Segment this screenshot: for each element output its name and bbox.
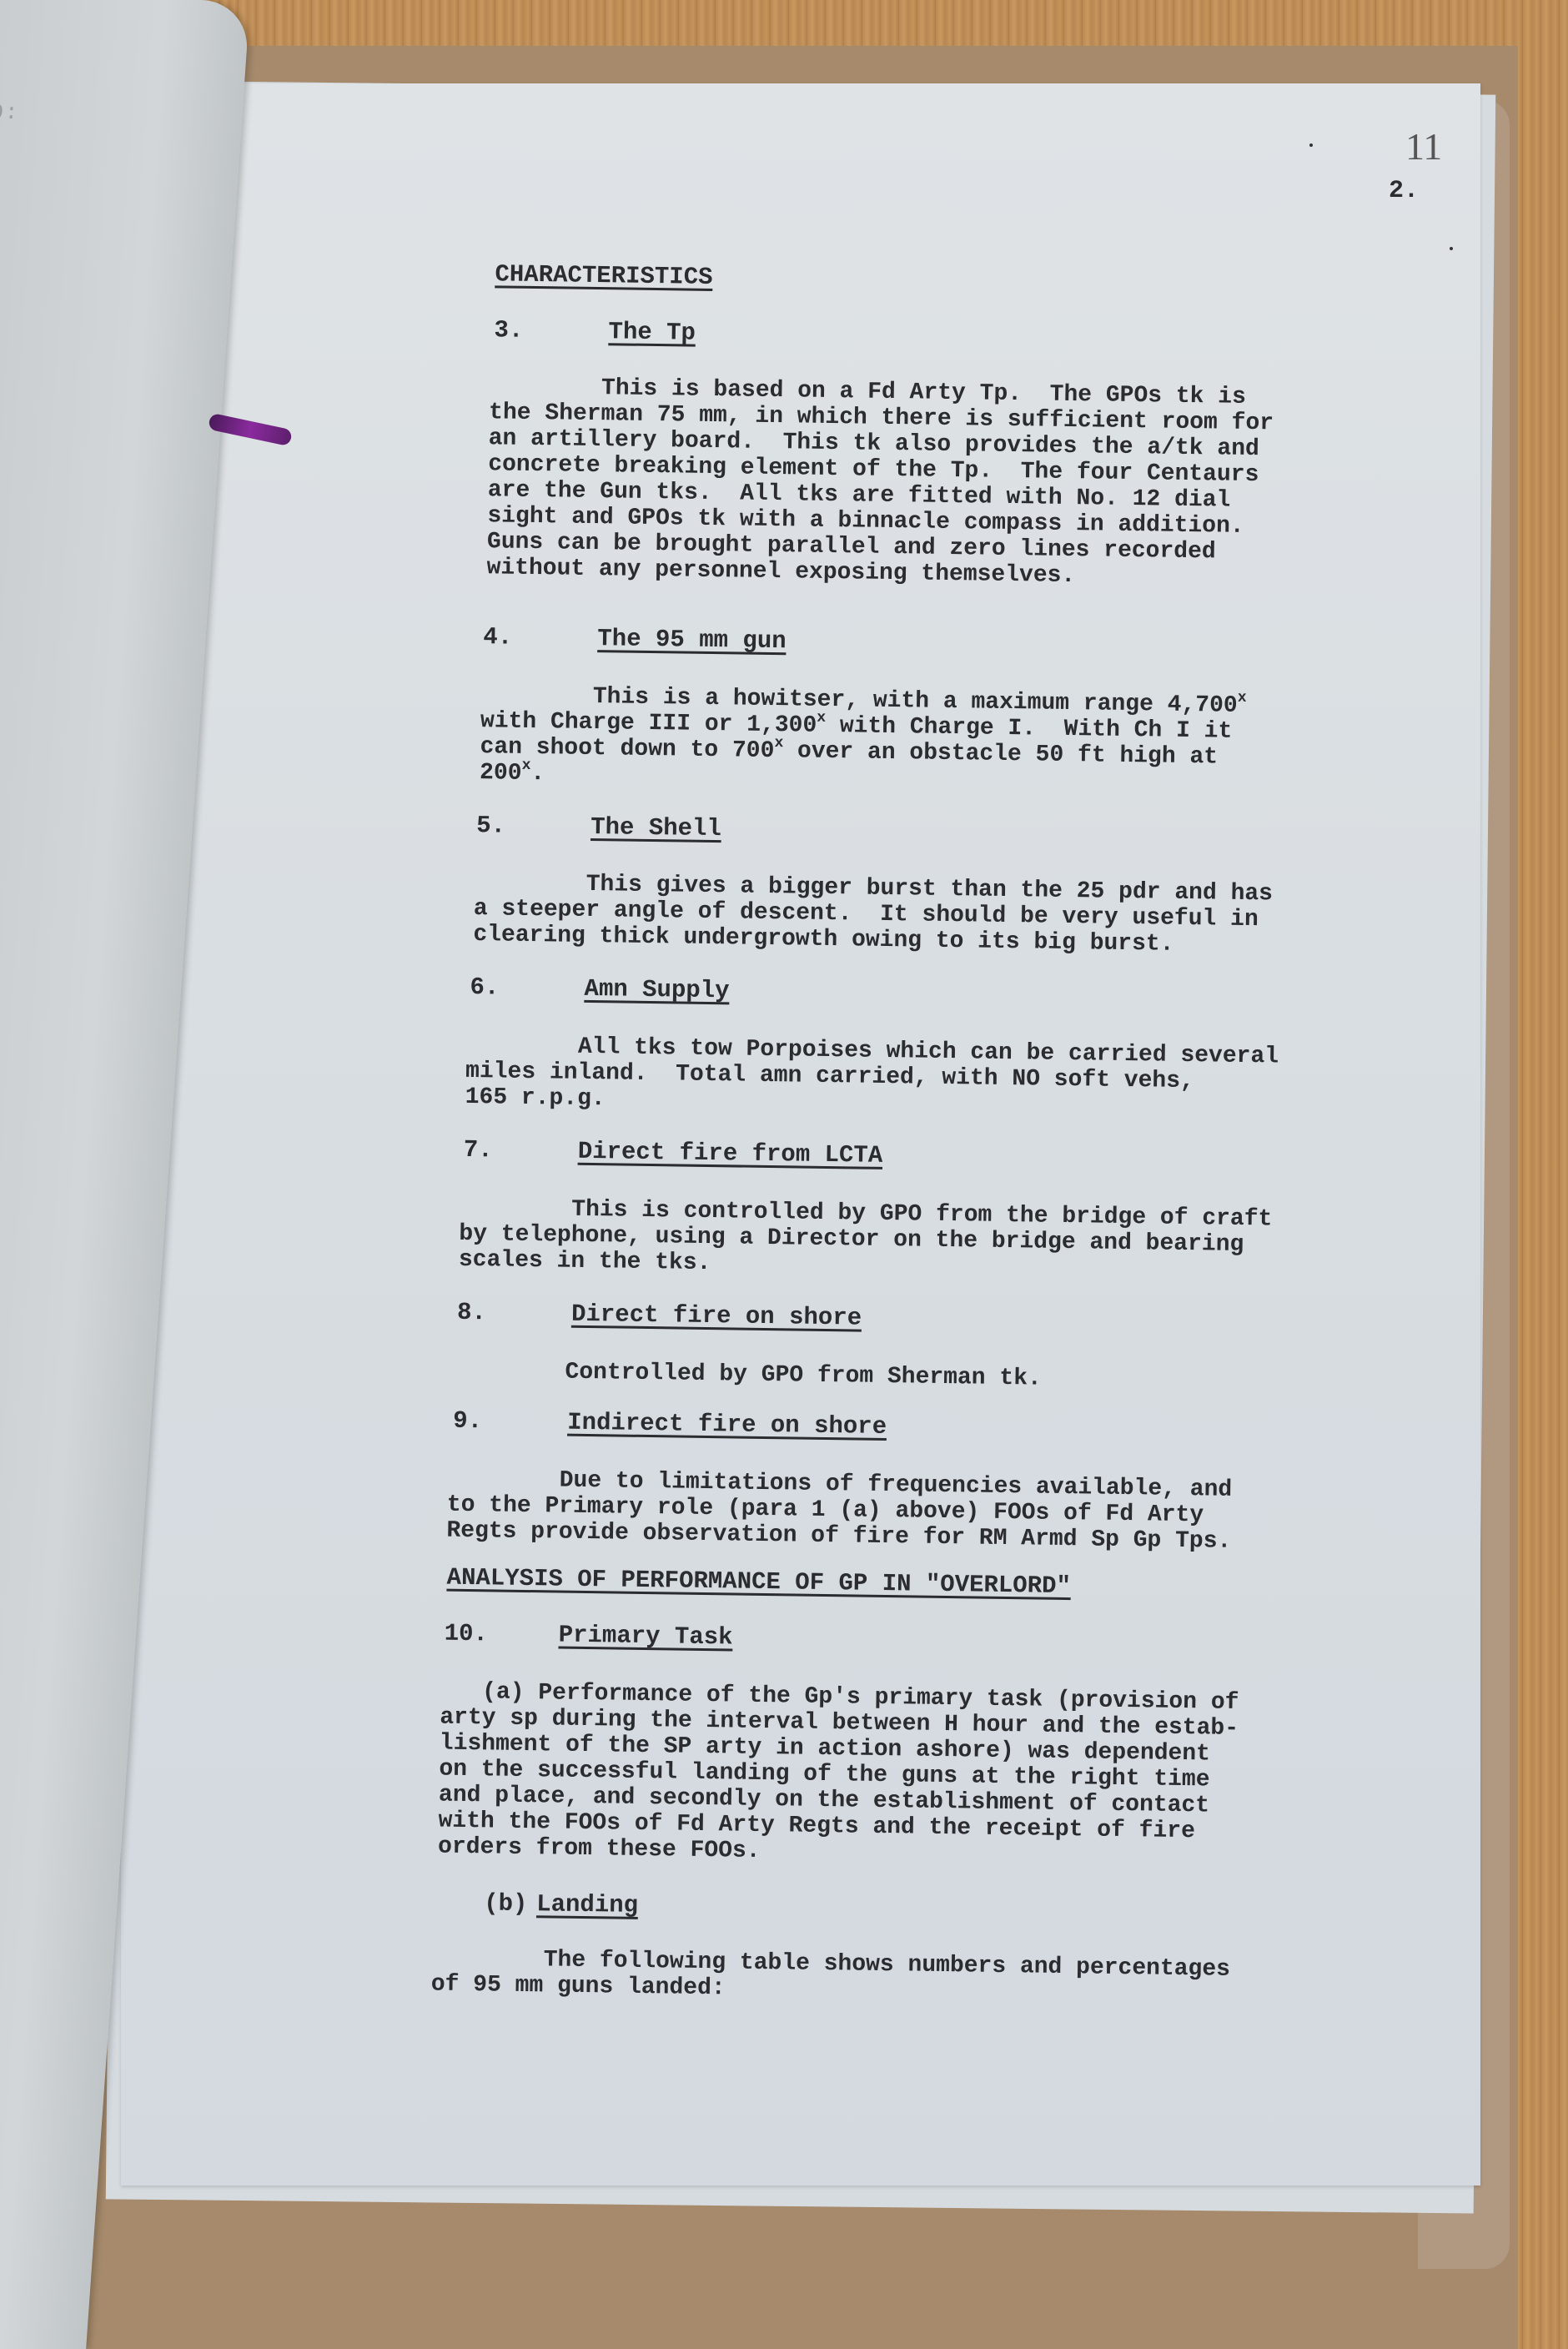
handwritten-page-number: 11	[1405, 133, 1442, 159]
section-heading-characteristics: CHARACTERISTICS	[495, 261, 712, 290]
paragraph-number: 10.	[444, 1621, 488, 1647]
subparagraph-title: Landing	[536, 1891, 638, 1919]
paragraph-body: Due to limitations of frequencies availa…	[446, 1466, 1232, 1555]
paragraph-number: 3.	[494, 317, 523, 343]
paragraph-number: 5.	[476, 812, 505, 838]
paragraph-number: 7.	[464, 1137, 493, 1163]
paragraph-body: This is based on a Fd Arty Tp. The GPOs …	[486, 374, 1274, 591]
typed-text: CHARACTERISTICS 3.The Tp This is based o…	[0, 0, 1568, 22]
paragraph-body: (a) Performance of the Gp's primary task…	[438, 1679, 1239, 1871]
paragraph-title: The 95 mm gun	[597, 626, 787, 654]
paragraph-number: 9.	[453, 1408, 482, 1434]
paragraph-title: The Tp	[608, 319, 696, 345]
paragraph-number: 8.	[457, 1300, 486, 1325]
paragraph-number: 6.	[470, 974, 499, 1000]
paragraph-title: Indirect fire on shore	[567, 1410, 887, 1440]
paragraph-body: This is a howitser, with a maximum range…	[480, 682, 1247, 797]
paragraph-number: 4.	[483, 624, 512, 650]
paragraph-body: This gives a bigger burst than the 25 pd…	[473, 870, 1273, 958]
paragraph-title: Direct fire from LCTA	[578, 1139, 883, 1169]
paragraph-body: This is controlled by GPO from the bridg…	[459, 1195, 1273, 1285]
paragraph-title: Amn Supply	[584, 976, 729, 1003]
section-heading-analysis: ANALYSIS OF PERFORMANCE OF GP IN "OVERLO…	[446, 1565, 1071, 1599]
paragraph-body: The following table shows numbers and pe…	[431, 1945, 1231, 2008]
paragraph-title: The Shell	[591, 814, 721, 842]
paragraph-title: Direct fire on shore	[571, 1301, 862, 1331]
paragraph-title: Primary Task	[558, 1622, 732, 1651]
paragraph-body: Controlled by GPO from Sherman tk.	[453, 1358, 1042, 1392]
paragraph-body: All tks tow Porpoises which can be carri…	[465, 1033, 1279, 1122]
subparagraph-label: (b)	[484, 1890, 528, 1917]
document-content: 11 2. CHARACTERISTICS 3.The Tp This is b…	[0, 0, 1568, 2349]
typed-page-number: 2.	[1389, 179, 1419, 204]
